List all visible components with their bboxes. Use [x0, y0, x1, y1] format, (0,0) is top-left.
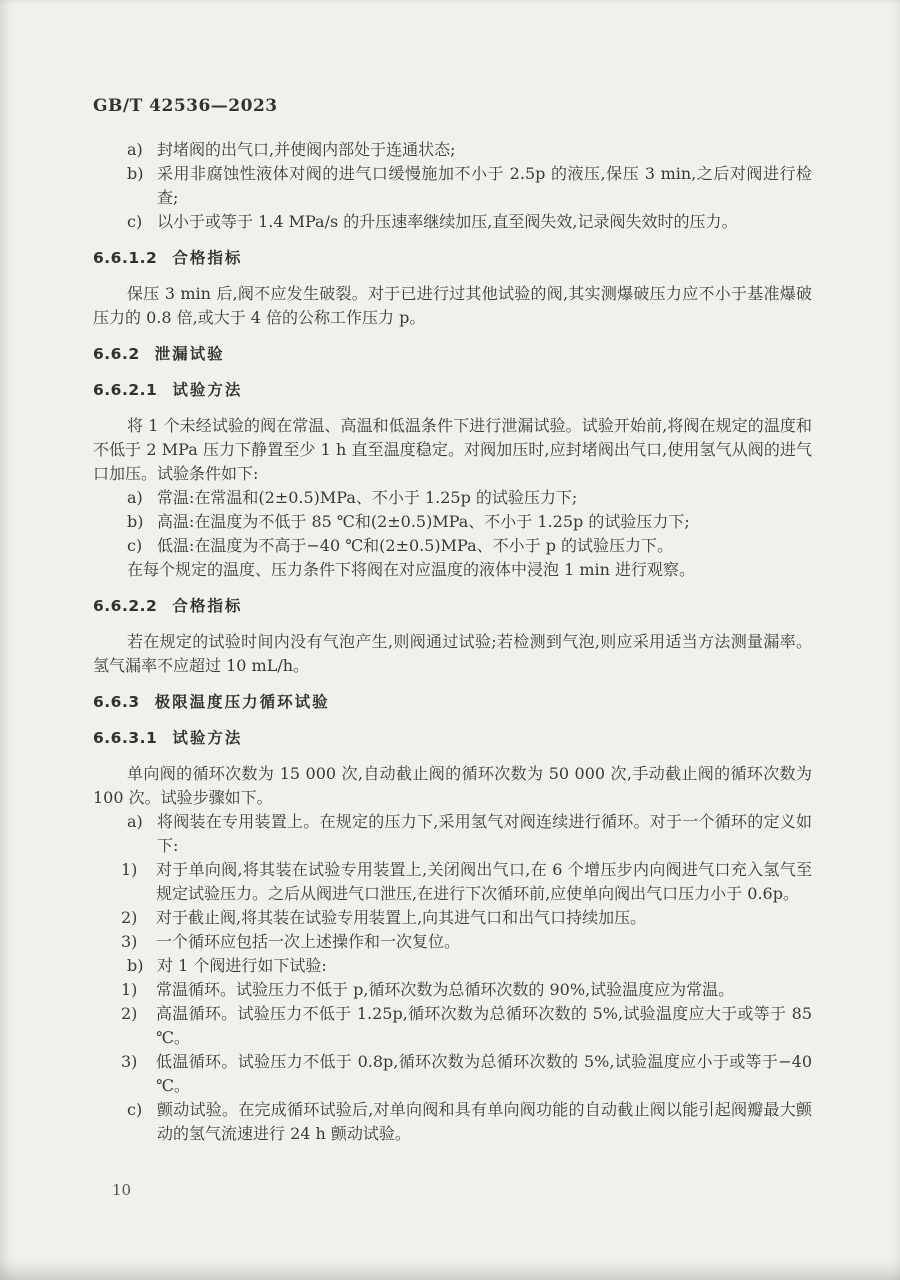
section-number: 6.6.1.2: [93, 249, 157, 267]
list-item: a) 将阀装在专用装置上。在规定的压力下,采用氢气对阀连续进行循环。对于一个循环…: [93, 810, 812, 858]
paragraph: 单向阀的循环次数为 15 000 次,自动截止阀的循环次数为 50 000 次,…: [93, 762, 812, 810]
list-item-text: 低温循环。试验压力不低于 0.8p,循环次数为总循环次数的 5%,试验温度应小于…: [156, 1050, 812, 1098]
list-item-marker: 1): [121, 858, 156, 906]
list-item: a) 常温:在常温和(2±0.5)MPa、不小于 1.25p 的试验压力下;: [93, 486, 812, 510]
list-item-text: 常温:在常温和(2±0.5)MPa、不小于 1.25p 的试验压力下;: [157, 486, 812, 510]
page-number: 10: [112, 1180, 131, 1200]
list-item-marker: b): [127, 510, 157, 534]
list-item: c) 以小于或等于 1.4 MPa/s 的升压速率继续加压,直至阀失效,记录阀失…: [93, 210, 812, 234]
section-title: 试验方法: [172, 381, 242, 399]
list-item: b) 对 1 个阀进行如下试验:: [93, 954, 812, 978]
sub-list-item: 2) 对于截止阀,将其装在试验专用装置上,向其进气口和出气口持续加压。: [93, 906, 812, 930]
list-item-marker: b): [127, 162, 157, 210]
list-item-marker: c): [127, 210, 157, 234]
list-item-text: 封堵阀的出气口,并使阀内部处于连通状态;: [157, 138, 812, 162]
sub-list-item: 3) 低温循环。试验压力不低于 0.8p,循环次数为总循环次数的 5%,试验温度…: [93, 1050, 812, 1098]
section-title: 极限温度压力循环试验: [155, 693, 330, 711]
list-item: c) 颤动试验。在完成循环试验后,对单向阀和具有单向阀功能的自动截止阀以能引起阀…: [93, 1098, 812, 1146]
standard-code: GB/T 42536—2023: [93, 94, 812, 118]
list-item-marker: a): [127, 810, 157, 858]
paragraph: 将 1 个未经试验的阀在常温、高温和低温条件下进行泄漏试验。试验开始前,将阀在规…: [93, 414, 812, 486]
document-page: GB/T 42536—2023 a) 封堵阀的出气口,并使阀内部处于连通状态; …: [0, 0, 900, 1280]
list-item-marker: a): [127, 138, 157, 162]
list-item-text: 采用非腐蚀性液体对阀的进气口缓慢施加不小于 2.5p 的液压,保压 3 min,…: [157, 162, 812, 210]
sub-list-item: 2) 高温循环。试验压力不低于 1.25p,循环次数为总循环次数的 5%,试验温…: [93, 1002, 812, 1050]
list-item-text: 对于截止阀,将其装在试验专用装置上,向其进气口和出气口持续加压。: [156, 906, 812, 930]
list-item: a) 封堵阀的出气口,并使阀内部处于连通状态;: [93, 138, 812, 162]
list-item-marker: b): [127, 954, 157, 978]
list-item-marker: 3): [121, 930, 156, 954]
list-item-marker: c): [127, 1098, 157, 1146]
list-item-text: 高温:在温度为不低于 85 ℃和(2±0.5)MPa、不小于 1.25p 的试验…: [157, 510, 812, 534]
section-number: 6.6.2.2: [93, 597, 157, 615]
list-item-text: 以小于或等于 1.4 MPa/s 的升压速率继续加压,直至阀失效,记录阀失效时的…: [157, 210, 812, 234]
section-heading-6-6-1-2: 6.6.1.2合格指标: [93, 246, 812, 270]
burst-test-steps-list: a) 封堵阀的出气口,并使阀内部处于连通状态; b) 采用非腐蚀性液体对阀的进气…: [93, 138, 812, 234]
section-title: 合格指标: [172, 249, 242, 267]
section-heading-6-6-2: 6.6.2泄漏试验: [93, 342, 812, 366]
list-item-marker: a): [127, 486, 157, 510]
list-item-marker: 2): [121, 1002, 156, 1050]
list-item-marker: 3): [121, 1050, 156, 1098]
list-item-text: 颤动试验。在完成循环试验后,对单向阀和具有单向阀功能的自动截止阀以能引起阀瓣最大…: [157, 1098, 812, 1146]
section-number: 6.6.2.1: [93, 381, 157, 399]
list-item-text: 对于单向阀,将其装在试验专用装置上,关闭阀出气口,在 6 个增压步内向阀进气口充…: [156, 858, 812, 906]
section-number: 6.6.3: [93, 693, 140, 711]
list-item-text: 一个循环应包括一次上述操作和一次复位。: [156, 930, 812, 954]
list-item-text: 低温:在温度为不高于−40 ℃和(2±0.5)MPa、不小于 p 的试验压力下。: [157, 534, 812, 558]
section-heading-6-6-2-1: 6.6.2.1试验方法: [93, 378, 812, 402]
list-item-marker: c): [127, 534, 157, 558]
sub-list-item: 1) 常温循环。试验压力不低于 p,循环次数为总循环次数的 90%,试验温度应为…: [93, 978, 812, 1002]
list-item-marker: 1): [121, 978, 156, 1002]
list-item-text: 高温循环。试验压力不低于 1.25p,循环次数为总循环次数的 5%,试验温度应大…: [156, 1002, 812, 1050]
sub-list-item: 3) 一个循环应包括一次上述操作和一次复位。: [93, 930, 812, 954]
list-item-text: 对 1 个阀进行如下试验:: [157, 954, 812, 978]
sub-list-item: 1) 对于单向阀,将其装在试验专用装置上,关闭阀出气口,在 6 个增压步内向阀进…: [93, 858, 812, 906]
section-title: 试验方法: [172, 729, 242, 747]
leak-conditions-list: a) 常温:在常温和(2±0.5)MPa、不小于 1.25p 的试验压力下; b…: [93, 486, 812, 558]
section-heading-6-6-3: 6.6.3极限温度压力循环试验: [93, 690, 812, 714]
section-title: 合格指标: [172, 597, 242, 615]
list-item-text: 将阀装在专用装置上。在规定的压力下,采用氢气对阀连续进行循环。对于一个循环的定义…: [157, 810, 812, 858]
section-number: 6.6.2: [93, 345, 140, 363]
paragraph: 保压 3 min 后,阀不应发生破裂。对于已进行过其他试验的阀,其实测爆破压力应…: [93, 282, 812, 330]
section-title: 泄漏试验: [155, 345, 225, 363]
cycle-test-steps-list: a) 将阀装在专用装置上。在规定的压力下,采用氢气对阀连续进行循环。对于一个循环…: [93, 810, 812, 1146]
section-heading-6-6-3-1: 6.6.3.1试验方法: [93, 726, 812, 750]
list-item: b) 高温:在温度为不低于 85 ℃和(2±0.5)MPa、不小于 1.25p …: [93, 510, 812, 534]
list-item-marker: 2): [121, 906, 156, 930]
list-item: c) 低温:在温度为不高于−40 ℃和(2±0.5)MPa、不小于 p 的试验压…: [93, 534, 812, 558]
section-heading-6-6-2-2: 6.6.2.2合格指标: [93, 594, 812, 618]
paragraph: 在每个规定的温度、压力条件下将阀在对应温度的液体中浸泡 1 min 进行观察。: [93, 558, 812, 582]
list-item: b) 采用非腐蚀性液体对阀的进气口缓慢施加不小于 2.5p 的液压,保压 3 m…: [93, 162, 812, 210]
page-content: GB/T 42536—2023 a) 封堵阀的出气口,并使阀内部处于连通状态; …: [93, 94, 812, 1146]
paragraph: 若在规定的试验时间内没有气泡产生,则阀通过试验;若检测到气泡,则应采用适当方法测…: [93, 630, 812, 678]
section-number: 6.6.3.1: [93, 729, 157, 747]
list-item-text: 常温循环。试验压力不低于 p,循环次数为总循环次数的 90%,试验温度应为常温。: [156, 978, 812, 1002]
